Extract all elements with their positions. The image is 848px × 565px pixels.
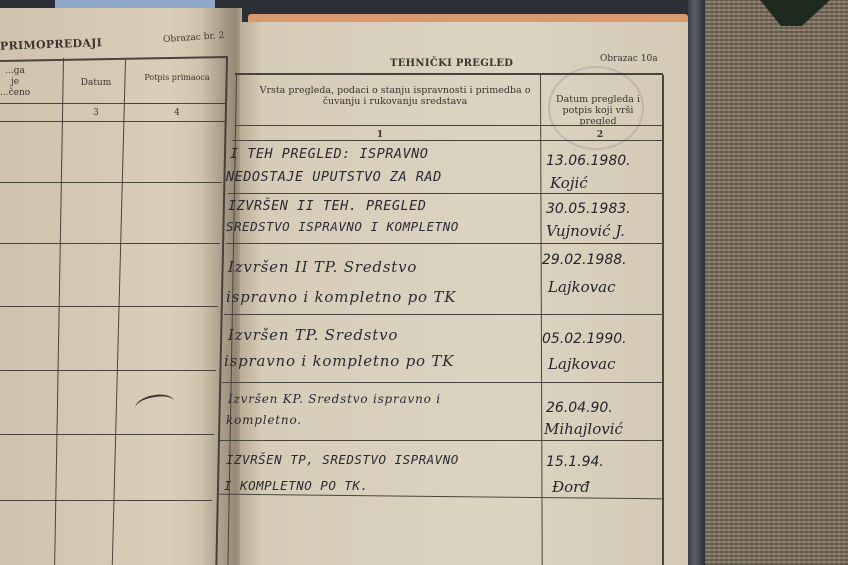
- entry-6-line-1: IZVRŠEN TP, SREDSTVO ISPRAVNO: [226, 452, 459, 467]
- left-col2-header: Datum: [68, 78, 124, 89]
- right-col1-header: Vrsta pregleda, podaci o stanju ispravno…: [255, 85, 535, 107]
- left-col2-number: 3: [68, 108, 124, 119]
- entry-3-signature: Lajkovac: [548, 278, 616, 296]
- entry-2-line-1: IZVRŠEN II TEH. PREGLED: [228, 198, 426, 214]
- entry-1-line-2: NEDOSTAJE UPUTSTVO ZA RAD: [226, 169, 442, 185]
- right-page-title: TEHNIČKI PREGLED: [390, 58, 513, 69]
- entry-4-line-1: Izvršen TP. Sredstvo: [228, 326, 398, 344]
- left-row-line: [0, 434, 214, 435]
- right-header-divider: [235, 125, 663, 126]
- right-form-label: Obrazac 10a: [600, 54, 658, 64]
- carpet-background: [705, 0, 848, 565]
- right-row-line: [232, 140, 662, 141]
- entry-6-signature: Đorđ: [552, 478, 590, 496]
- right-table-right-border: [662, 75, 664, 565]
- left-row-line: [0, 370, 216, 371]
- entry-1-signature: Kojić: [550, 174, 588, 192]
- entry-6-line-2: I KOMPLETNO PO TK.: [224, 478, 368, 493]
- entry-4-line-2: ispravno i kompletno po TK: [224, 352, 454, 370]
- entry-2-line-2: SREDSTVO ISPRAVNO I KOMPLETNO: [226, 219, 459, 234]
- right-row-line: [222, 382, 664, 383]
- left-row-line: [0, 182, 222, 183]
- entry-3-line-2: ispravno i kompletno po TK: [226, 288, 456, 306]
- entry-1-line-1: I TEH PREGLED: ISPRAVNO: [230, 146, 428, 162]
- left-row-line: [0, 500, 212, 501]
- entry-4-signature: Lajkovac: [548, 355, 616, 373]
- left-header-divider: [0, 103, 225, 104]
- left-row-line: [0, 306, 218, 307]
- right-row-line: [226, 243, 664, 244]
- entry-3-line-1: Izvršen II TP. Sredstvo: [228, 258, 417, 276]
- entry-1-date: 13.06.1980.: [546, 153, 631, 169]
- right-table-top: [235, 73, 663, 75]
- sleeve-edge: [688, 0, 705, 565]
- right-row-line: [224, 314, 664, 315]
- left-col1-header: ...ga je ...čeno: [0, 66, 30, 99]
- entry-5-signature: Mihajlović: [544, 420, 623, 438]
- entry-3-date: 29.02.1988.: [542, 252, 627, 268]
- entry-4-date: 05.02.1990.: [542, 331, 627, 347]
- entry-5-line-1: Izvršen KP. Sredstvo ispravno i: [228, 392, 441, 406]
- entry-5-date: 26.04.90.: [546, 400, 613, 416]
- entry-2-signature: Vujnović J.: [546, 222, 625, 240]
- left-row-line: [0, 121, 225, 122]
- entry-5-line-2: kompletno.: [226, 413, 302, 427]
- right-row-line: [228, 193, 664, 194]
- entry-2-date: 30.05.1983.: [546, 201, 631, 217]
- right-col2-header: Datum pregleda i potpis koji vrši pregle…: [548, 94, 648, 127]
- right-row-line: [220, 440, 664, 441]
- left-row-line: [0, 243, 220, 244]
- entry-6-date: 15.1.94.: [546, 454, 604, 470]
